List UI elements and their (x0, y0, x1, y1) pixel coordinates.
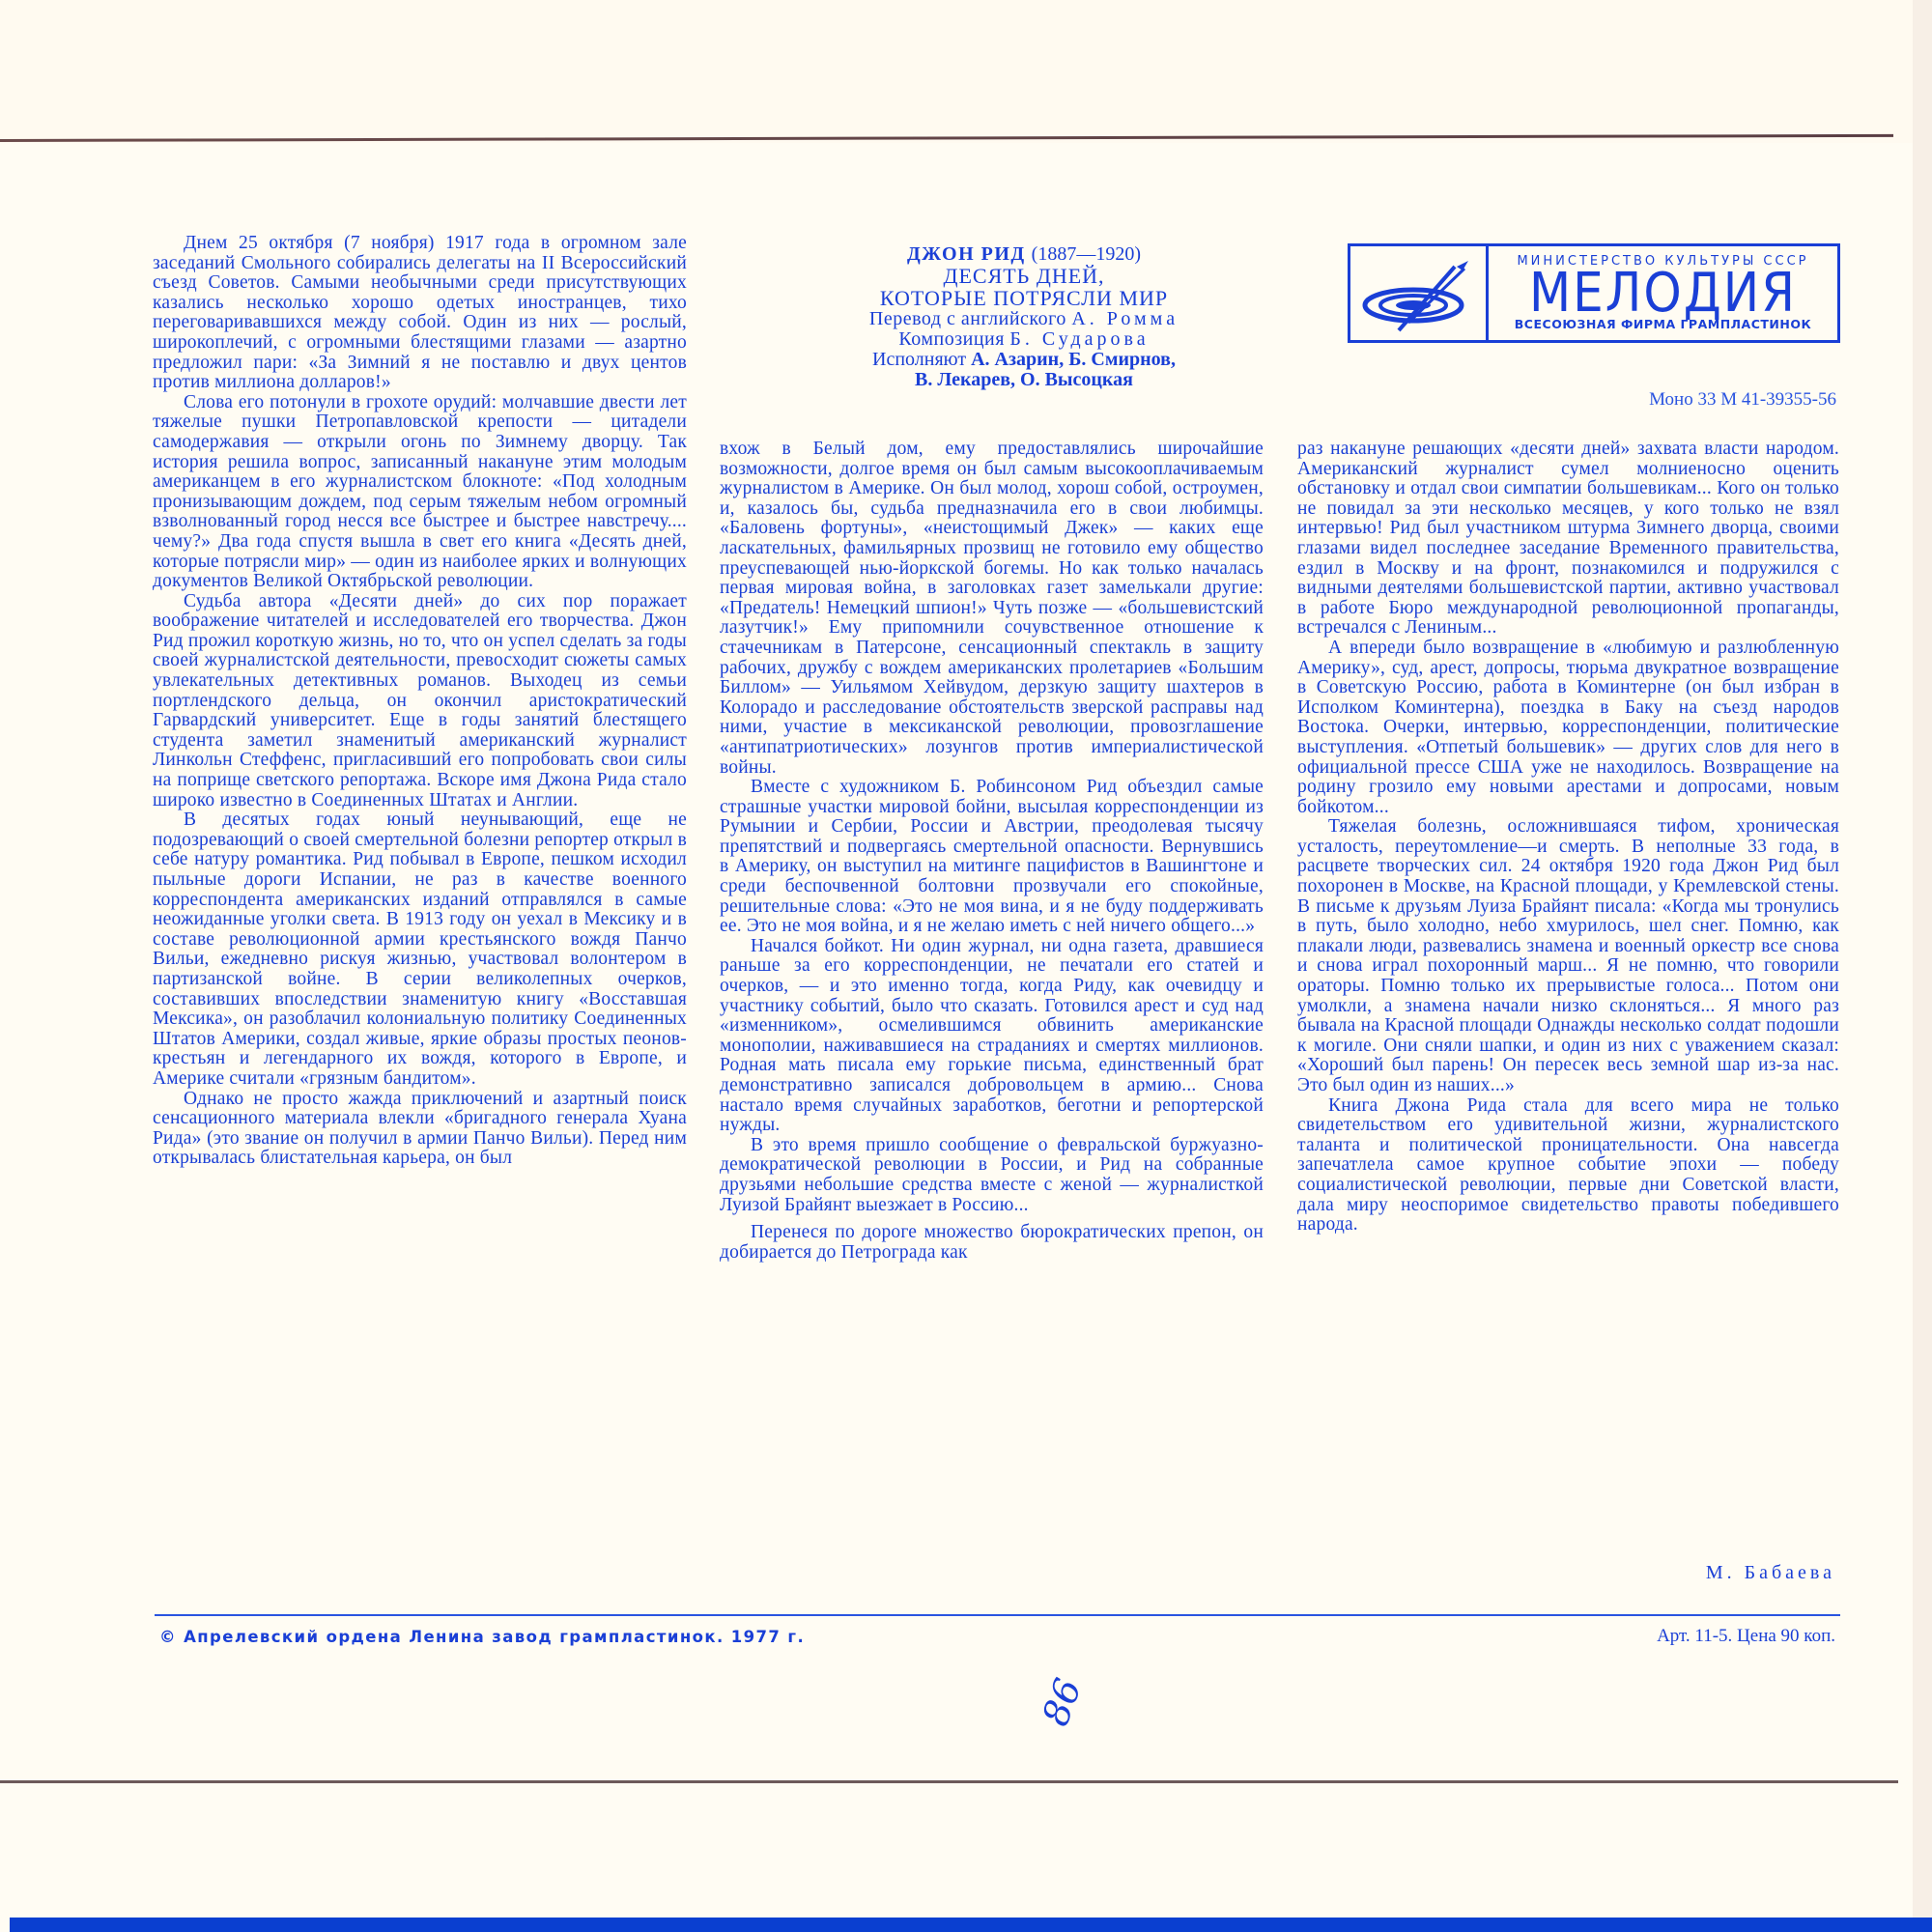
author-name: ДЖОН РИД (907, 243, 1026, 265)
paragraph: Днем 25 октября (7 ноября) 1917 года в о… (153, 234, 687, 393)
copyright-text: Апрелевский ордена Ленина завод грамплас… (184, 1628, 805, 1646)
paragraph: Однако не просто жажда приключений и аза… (153, 1090, 687, 1169)
paragraph: Судьба автора «Десяти дней» до сих пор п… (153, 592, 687, 811)
paragraph: Книга Джона Рида стала для всего мира не… (1297, 1096, 1839, 1236)
paragraph: раз накануне решающих «десяти дней» захв… (1297, 440, 1839, 639)
catalog-number: Моно 33 М 41-39355-56 (1599, 389, 1836, 411)
translation-label: Перевод с английского (869, 308, 1066, 329)
paragraph: А впереди было возвращение в «любимую и … (1297, 639, 1839, 817)
performers-line-2: В. Лекарев, О. Высоцкая (915, 369, 1133, 390)
article-column-1: Днем 25 октября (7 ноября) 1917 года в о… (153, 234, 687, 1169)
article-column-2: вхож в Белый дом, ему предоставлялись ши… (720, 440, 1264, 1263)
fold-line-bottom (0, 1780, 1898, 1783)
paragraph: Перенеся по дороге множество бюрократиче… (720, 1223, 1264, 1263)
composer-name: Б. Сударова (1009, 328, 1149, 350)
logo-brand: МЕЛОДИЯ (1529, 266, 1797, 320)
paragraph: Тяжелая болезнь, осложнившаяся тифом, хр… (1297, 817, 1839, 1095)
performers-credit-cont: В. Лекарев, О. Высоцкая (763, 370, 1285, 390)
composition-label: Композиция (898, 328, 1005, 350)
paragraph: В десятых годах юный неунывающий, еще не… (153, 810, 687, 1089)
author-line: ДЖОН РИД(1887—1920) (763, 244, 1285, 265)
composition-credit: Композиция Б. Сударова (763, 329, 1285, 350)
paragraph: Слова его потонули в грохоте орудий: мол… (153, 393, 687, 592)
price-label: Арт. 11-5. Цена 90 коп. (1546, 1626, 1835, 1647)
album-title-line-2: КОТОРЫЕ ПОТРЯСЛИ МИР (763, 287, 1285, 309)
handwritten-note: 86 (1034, 1673, 1090, 1731)
author-years: (1887—1920) (1032, 243, 1141, 265)
footer-divider (155, 1614, 1840, 1616)
performers-label: Исполняют (872, 349, 966, 370)
article-column-3: раз накануне решающих «десяти дней» захв… (1297, 440, 1839, 1236)
front-cover-edge (10, 1918, 1932, 1932)
article-signature: М. Бабаева (1642, 1562, 1835, 1584)
translation-credit: Перевод с английского А. Ромма (763, 309, 1285, 329)
performers-credit: Исполняют А. Азарин, Б. Смирнов, (763, 350, 1285, 370)
paragraph: вхож в Белый дом, ему предоставлялись ши… (720, 440, 1264, 778)
copyright-icon: © (159, 1628, 177, 1646)
logo-text: МИНИСТЕРСТВО КУЛЬТУРЫ СССР МЕЛОДИЯ ВСЕСО… (1489, 246, 1837, 340)
performers-line-1: А. Азарин, Б. Смирнов, (971, 349, 1176, 370)
paragraph: Начался бойкот. Ни один журнал, ни одна … (720, 937, 1264, 1136)
melodiya-record-icon (1350, 246, 1489, 340)
melodiya-logo: МИНИСТЕРСТВО КУЛЬТУРЫ СССР МЕЛОДИЯ ВСЕСО… (1348, 243, 1840, 343)
album-title-line-1: ДЕСЯТЬ ДНЕЙ, (763, 265, 1285, 287)
sleeve-flap (0, 0, 1932, 143)
album-header: ДЖОН РИД(1887—1920) ДЕСЯТЬ ДНЕЙ, КОТОРЫЕ… (763, 244, 1285, 390)
translator-name: А. Ромма (1071, 308, 1179, 329)
copyright-line: © Апрелевский ордена Ленина завод грампл… (159, 1628, 805, 1646)
paragraph: В это время пришло сообщение о февральск… (720, 1136, 1264, 1215)
paragraph: Вместе с художником Б. Робинсоном Рид об… (720, 778, 1264, 937)
sleeve-edge (1913, 0, 1932, 1932)
